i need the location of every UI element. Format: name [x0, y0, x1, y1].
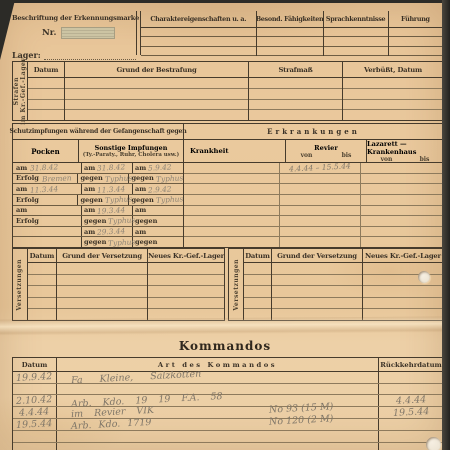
versetzungen-side-label: Versetzungen	[13, 249, 28, 320]
revier-header: Revier vonbis	[285, 140, 366, 162]
erkrankungen-rows: 4.4.44 – 15.5.44	[184, 163, 443, 247]
impfung-row: am11.3.44 am11.3.44 am2.9.42	[13, 184, 183, 195]
lazarett-header: Lazarett — Krankenhaus vonbis	[366, 140, 443, 162]
char-column: Führung	[388, 11, 442, 56]
kommando-row: 19.9.42 Fa Kleine, Salzkotten	[13, 372, 443, 384]
strafen-table: Strafen im Kr.-Gef.-Lager Datum Grund de…	[12, 61, 444, 121]
kommando-row: 19.5.44 Arb. Kdo. 1719No 120 (2 M)	[13, 419, 443, 431]
char-column: Besond. Fähigkeiten	[256, 11, 323, 56]
pocken-header: Pocken	[13, 140, 78, 162]
impfungen-title: Schutzimpfungen während der Gefangenscha…	[13, 124, 183, 140]
kommando-row: 4.4.44 im Revier VIKNo 93 (15 M) 19.5.44	[13, 407, 443, 419]
column-header: Charaktereigenschaften u. a.	[141, 11, 256, 28]
strafen-side-label: Strafen im Kr.-Gef.-Lager	[13, 62, 28, 120]
erkrankungen-title: Erkrankungen	[184, 124, 443, 140]
scanned-document: Beschriftung der Erkennungsmarke Nr. Cha…	[0, 0, 450, 450]
versetzungen-table-left: Versetzungen Datum Grund der Versetzung …	[12, 248, 225, 321]
erkrankungen-block: Erkrankungen Krankheit Revier vonbis Laz…	[184, 124, 443, 247]
char-column: Sprachkenntnisse	[323, 11, 388, 56]
erkennungsmarke-label: Beschriftung der Erkennungsmarke	[12, 9, 136, 22]
nr-label: Nr.	[42, 28, 56, 38]
column-header: Verbüßt, Datum	[343, 62, 443, 78]
char-column: Charaktereigenschaften u. a.	[141, 11, 256, 56]
punch-hole	[426, 437, 441, 450]
impfung-row: Erfolg gegenTyphus gegen	[13, 216, 183, 227]
impfungen-rows: am31.8.42 am31.8.42 am5.9.42 ErfolgBreme…	[13, 163, 183, 247]
column-header: Führung	[389, 11, 442, 28]
nr-redacted-box	[61, 27, 115, 39]
versetzungen-table-right: Versetzungen Datum Grund der Versetzung …	[228, 248, 444, 321]
impfungen-block: Schutzimpfungen während der Gefangenscha…	[13, 124, 184, 247]
column-header: Grund der Bestrafung	[65, 62, 248, 78]
column-header: Besond. Fähigkeiten	[257, 11, 323, 28]
kommandos-table: Datum Art des Kommandos Rückkehrdatum 19…	[12, 357, 444, 450]
column-header: Sprachkenntnisse	[324, 11, 388, 28]
impfung-row: am am19.3.44 am	[13, 206, 183, 217]
erkrankung-row: 4.4.44 – 15.5.44	[184, 163, 443, 174]
punch-hole	[418, 271, 430, 283]
kommando-row	[13, 384, 443, 395]
column-header: Strafmaß	[249, 62, 342, 78]
kommando-row: 2.10.42 Arb. Kdo. 19 19 F.A. 58 4.4.44	[13, 395, 443, 407]
impfung-row: ErfolgBremen gegenTyphus gegenTyphus	[13, 174, 183, 185]
lager-row: Lager:	[12, 50, 136, 60]
impfung-row: am31.8.42 am31.8.42 am5.9.42	[13, 163, 183, 174]
krankheit-header: Krankheit	[184, 140, 285, 162]
impfung-row: gegenTyphus gegen	[13, 237, 183, 247]
fold-crease	[0, 316, 450, 335]
column-header: Datum	[28, 62, 64, 78]
record-card: Beschriftung der Erkennungsmarke Nr. Cha…	[0, 3, 442, 450]
kommandos-title: Kommandos	[0, 339, 450, 353]
impfung-row: Erfolg gegenTyphus gegenTyphus	[13, 195, 183, 206]
erkennungsmarke-section: Beschriftung der Erkennungsmarke Nr.	[12, 9, 136, 51]
revier-entry: 4.4.44 – 15.5.44	[289, 162, 351, 174]
sonstige-header: Sonstige Impfungen (Ty.-Paraty., Ruhr, C…	[78, 140, 183, 162]
scan-edge	[442, 0, 450, 450]
impfung-row: am29.3.44 am	[13, 227, 183, 238]
versetzungen-side-label: Versetzungen	[229, 249, 244, 320]
impfungen-erkrankungen-section: Schutzimpfungen während der Gefangenscha…	[12, 123, 444, 248]
character-table: Charaktereigenschaften u. a. Besond. Fäh…	[141, 11, 442, 56]
kommandos-header-row: Datum Art des Kommandos Rückkehrdatum	[13, 358, 443, 372]
lager-dotted-line	[44, 50, 136, 60]
